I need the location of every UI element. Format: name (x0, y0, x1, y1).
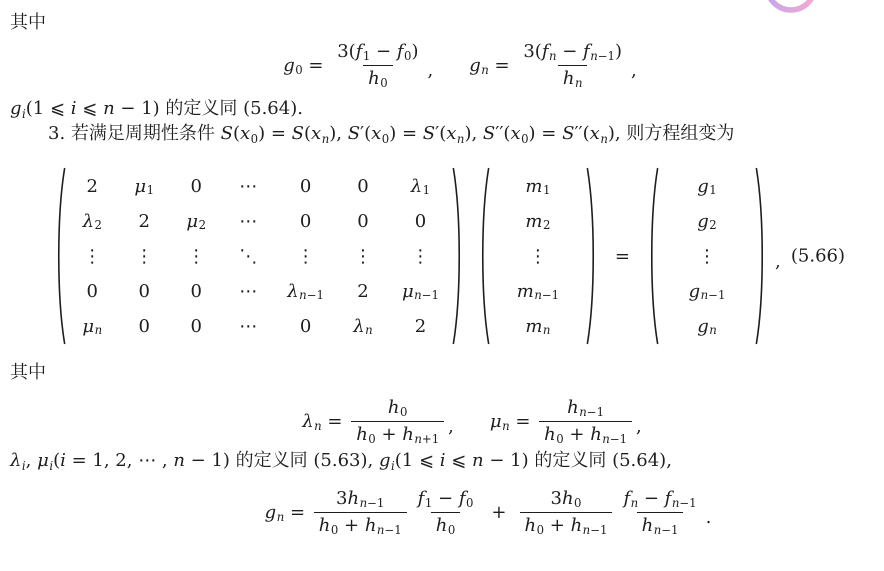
fraction-a: 3hn−1 h0 + hn−1 (314, 488, 407, 536)
eq-lhs-mu-n: μn = (490, 411, 536, 432)
fraction-numerator: hn−1 (562, 397, 609, 421)
left-paren-icon (647, 165, 660, 347)
matrix-cell: μn (79, 314, 105, 338)
matrix-cell: ⋮ (79, 244, 105, 268)
matrix-cell: ⋱ (235, 244, 261, 268)
fraction-d: fn − fn−1 hn−1 (618, 488, 701, 536)
fraction-denominator: hn−1 (637, 512, 684, 537)
matrix-cell: λn−1 (287, 279, 324, 303)
fraction-numerator: fn − fn−1 (618, 488, 701, 512)
matrix-cell: ⋯ (235, 314, 261, 338)
matrix-cell: 0 (131, 279, 157, 303)
period: . (706, 507, 712, 528)
fraction-denominator: h0 + hn+1 (351, 421, 444, 446)
text-segment: 的定义同 (5.63), (230, 450, 379, 471)
math-segment: gi(1 ⩽ i ⩽ n − 1) (379, 450, 529, 471)
matrix-cell: 0 (287, 209, 324, 233)
vector-g-entries: g1g2⋮gn−1gn (660, 165, 754, 347)
matrix-cell: ⋮ (183, 244, 209, 268)
fraction-denominator: h0 + hn−1 (539, 421, 632, 446)
text-segment: 3. 若满足周期性条件 (48, 123, 221, 144)
unknown-vector-m: m1m2⋮mn−1mn (478, 165, 598, 347)
paragraph-gi-definition: gi(1 ⩽ i ⩽ n − 1) 的定义同 (5.64). (10, 96, 878, 122)
equation-tag: (5.66) (791, 246, 845, 267)
vector-cell: mn−1 (503, 279, 573, 303)
matrix-cell: 0 (183, 279, 209, 303)
fraction-lambda-n: h0 h0 + hn+1 (351, 397, 444, 445)
eq-lhs-gn: gn = (469, 55, 515, 76)
comma: , (448, 416, 454, 437)
fraction-denominator: h0 + hn−1 (520, 512, 613, 537)
fraction-c: 3h0 h0 + hn−1 (520, 488, 613, 536)
eq-lhs-g0: g0 = (283, 55, 329, 76)
matrix-cell: μn−1 (402, 279, 439, 303)
fraction-numerator: f1 − f0 (413, 488, 479, 512)
vector-cell: m2 (503, 209, 573, 233)
eq-lhs-gn: gn = (265, 502, 311, 523)
right-paren-icon (585, 165, 598, 347)
math-segment: λi, μi(i = 1, 2, ⋯ , n − 1) (10, 450, 230, 471)
matrix-cell: 0 (287, 314, 324, 338)
fraction-numerator: 3(f1 − f0) (332, 41, 423, 65)
fraction-g0: 3(f1 − f0) h0 (332, 41, 423, 89)
vector-cell: g1 (672, 174, 742, 198)
matrix-entries: 2μ10⋯00λ1λ22μ2⋯000⋮⋮⋮⋱⋮⋮⋮000⋯λn−12μn−1μn… (67, 165, 451, 347)
display-equation-5-66: 2μ10⋯00λ1λ22μ2⋯000⋮⋮⋮⋱⋮⋮⋮000⋯λn−12μn−1μn… (0, 158, 884, 354)
matrix-cell: μ2 (183, 209, 209, 233)
text-segment: 的定义同 (5.64). (160, 98, 303, 119)
vector-cell: gn−1 (672, 279, 742, 303)
comma: , (428, 60, 434, 81)
equals-sign: = (615, 246, 630, 267)
fraction-numerator: 3(fn − fn−1) (518, 41, 627, 65)
matrix-cell: 2 (350, 279, 376, 303)
matrix-cell: 0 (350, 174, 376, 198)
matrix-cell: 2 (131, 209, 157, 233)
fraction-mu-n: hn−1 h0 + hn−1 (539, 397, 632, 445)
fraction-denominator: h0 (363, 65, 393, 90)
fraction-numerator: h0 (383, 397, 413, 421)
vector-cell: m1 (503, 174, 573, 198)
text-segment: 的定义同 (5.64), (529, 450, 672, 471)
comma: , (631, 60, 637, 81)
vector-cell: mn (503, 314, 573, 338)
fraction-denominator: h0 + hn−1 (314, 512, 407, 537)
matrix-cell: 0 (402, 209, 439, 233)
comma: , (636, 416, 642, 437)
matrix-cell: 2 (402, 314, 439, 338)
matrix-cell: 2 (79, 174, 105, 198)
matrix-cell: μ1 (131, 174, 157, 198)
display-equation-gn-periodic: gn = 3hn−1 h0 + hn−1 f1 − f0 h0 + 3h0 h0… (0, 483, 884, 541)
where-label-2: 其中 (10, 360, 878, 386)
eq-lhs-lambda-n: λn = (302, 411, 348, 432)
left-paren-icon (54, 165, 67, 347)
matrix-cell: ⋮ (287, 244, 324, 268)
matrix-cell: λ1 (402, 174, 439, 198)
matrix-cell: 0 (79, 279, 105, 303)
math-segment: S(x0) = S(xn), S′(x0) = S′(xn), S′′(x0) … (221, 123, 621, 144)
vector-cell: gn (672, 314, 742, 338)
right-paren-icon (451, 165, 464, 347)
matrix-cell: λn (350, 314, 376, 338)
rhs-vector-g: g1g2⋮gn−1gn (647, 165, 767, 347)
display-equation-g0-gn: g0 = 3(f1 − f0) h0 , gn = 3(fn − fn−1) h… (0, 34, 884, 96)
paragraph-lambda-mu-definition: λi, μi(i = 1, 2, ⋯ , n − 1) 的定义同 (5.63),… (10, 448, 878, 474)
fraction-numerator: 3hn−1 (331, 488, 389, 512)
fraction-gn: 3(fn − fn−1) hn (518, 41, 627, 89)
math-segment: gi(1 ⩽ i ⩽ n − 1) (10, 98, 160, 119)
left-paren-icon (478, 165, 491, 347)
textbook-page: 其中 g0 = 3(f1 − f0) h0 , gn = 3(fn − fn−1… (0, 0, 884, 571)
matrix-cell: λ2 (79, 209, 105, 233)
vector-m-entries: m1m2⋮mn−1mn (491, 165, 585, 347)
fraction-b: f1 − f0 h0 (413, 488, 479, 536)
matrix-cell: ⋮ (131, 244, 157, 268)
vector-cell: ⋮ (672, 244, 742, 268)
fraction-denominator: h0 (431, 512, 461, 537)
matrix-cell: 0 (131, 314, 157, 338)
fraction-numerator: 3h0 (545, 488, 586, 512)
matrix-cell: ⋯ (235, 174, 261, 198)
comma: , (775, 251, 781, 272)
matrix-cell: ⋯ (235, 209, 261, 233)
matrix-cell: 0 (183, 174, 209, 198)
matrix-cell: 0 (350, 209, 376, 233)
fraction-denominator: hn (558, 65, 588, 90)
where-label-1: 其中 (10, 10, 878, 36)
matrix-cell: ⋮ (402, 244, 439, 268)
matrix-cell: ⋮ (350, 244, 376, 268)
vector-cell: ⋮ (503, 244, 573, 268)
matrix-cell: ⋯ (235, 279, 261, 303)
text-segment: 则方程组变为 (621, 123, 735, 144)
display-equation-lambda-mu: λn = h0 h0 + hn+1 , μn = hn−1 h0 + hn−1 … (0, 392, 884, 450)
vector-cell: g2 (672, 209, 742, 233)
coefficient-matrix: 2μ10⋯00λ1λ22μ2⋯000⋮⋮⋮⋱⋮⋮⋮000⋯λn−12μn−1μn… (54, 165, 464, 347)
right-paren-icon (754, 165, 767, 347)
plus-sign: + (491, 502, 506, 523)
matrix-cell: 0 (183, 314, 209, 338)
matrix-cell: 0 (287, 174, 324, 198)
paragraph-periodic-condition: 3. 若满足周期性条件 S(x0) = S(xn), S′(x0) = S′(x… (10, 121, 878, 147)
